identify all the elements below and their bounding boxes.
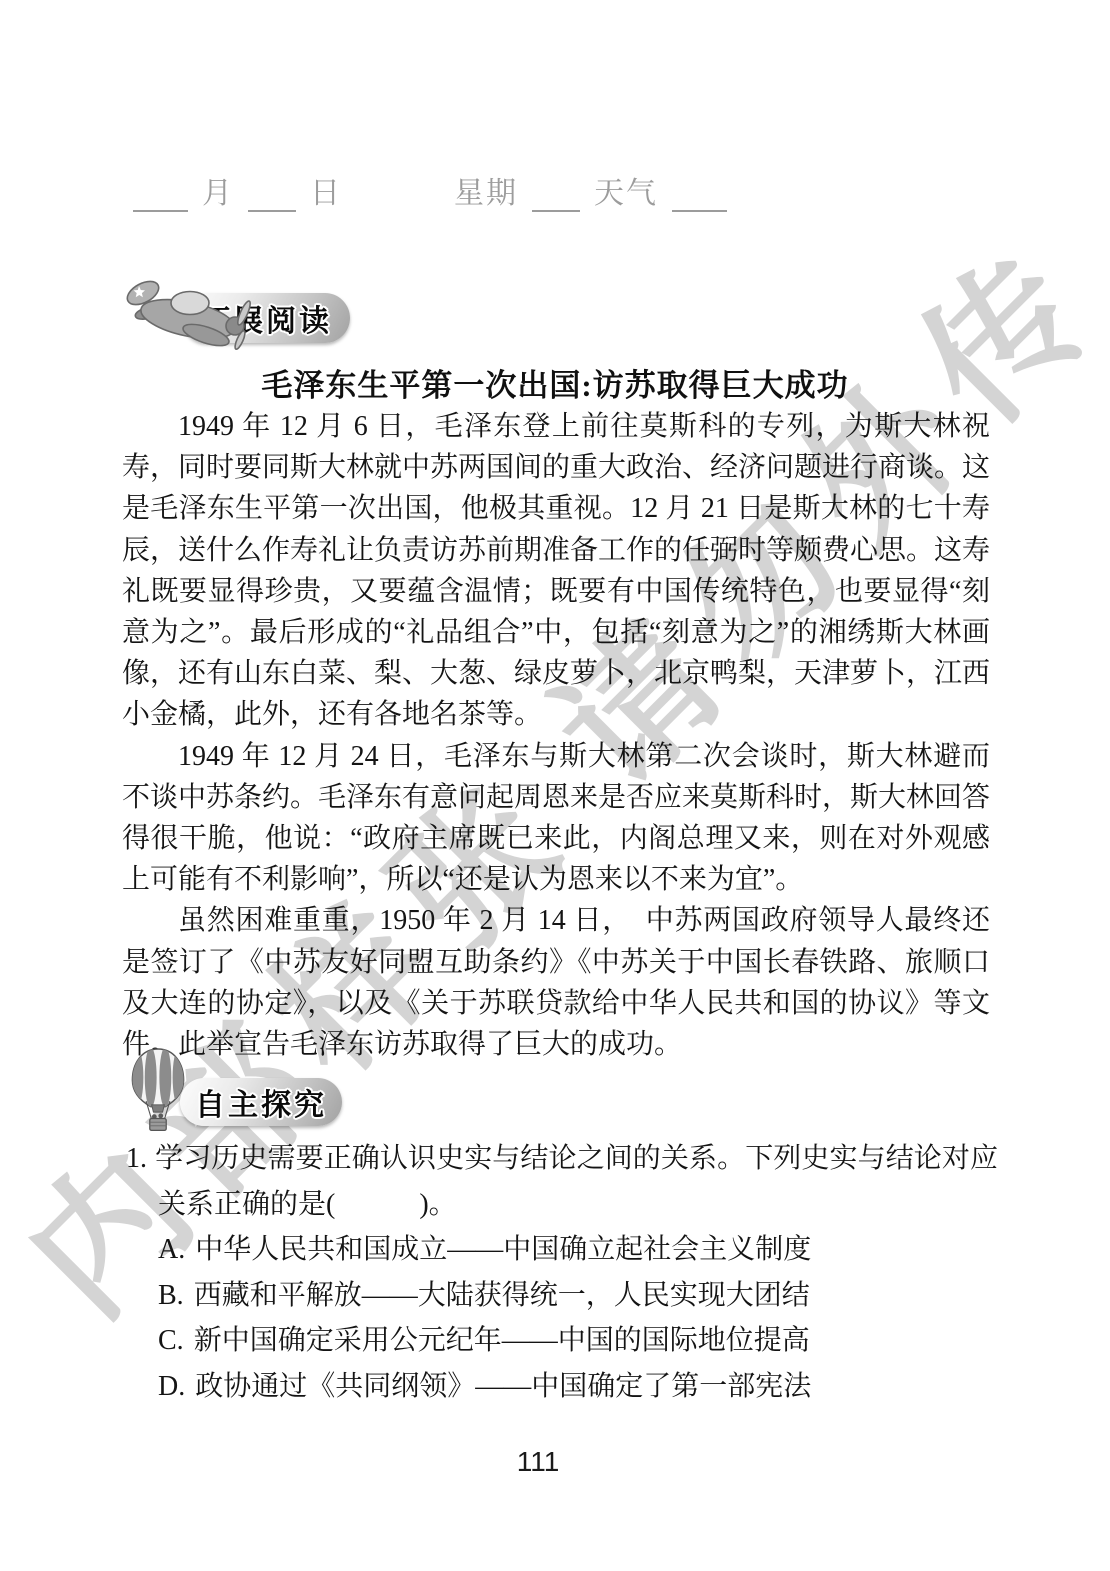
option-label: B. <box>158 1280 184 1311</box>
hot-air-balloon-icon <box>126 1042 190 1142</box>
option-text: 政协通过《共同纲领》——中国确定了第一部宪法 <box>195 1371 811 1402</box>
workbook-page: 内部样张 请勿外传 月 日 星期 天气 拓展阅读 <box>0 0 1110 1571</box>
question-1: 1.学习历史需要正确认识史实与结论之间的关系。下列史实与结论对应关系正确的是( … <box>122 1136 998 1227</box>
option-text: 中华人民共和国成立——中国确立起社会主义制度 <box>195 1234 811 1265</box>
explore-badge-pill: 自主探究 <box>180 1078 342 1126</box>
option-label: D. <box>158 1371 185 1402</box>
option-text: 西藏和平解放——大陆获得统一，人民实现大团结 <box>194 1280 810 1311</box>
article-paragraph: 1949 年 12 月 24 日，毛泽东与斯大林第二次会谈时，斯大林避而不谈中苏… <box>122 736 990 901</box>
option-label: C. <box>158 1325 184 1356</box>
week-blank-line <box>532 178 580 212</box>
article-paragraph: 虽然困难重重，1950 年 2 月 14 日， 中苏两国政府领导人最终还是签订了… <box>122 900 990 1065</box>
article-title: 毛泽东生平第一次出国:访苏取得巨大成功 <box>0 360 1110 405</box>
option-text: 新中国确定采用公元纪年——中国的国际地位提高 <box>194 1325 810 1356</box>
question-1-option-b: B.西藏和平解放——大陆获得统一，人民实现大团结 <box>158 1273 998 1319</box>
question-text: 学习历史需要正确认识史实与结论之间的关系。下列史实与结论对应关系正确的是( )。 <box>155 1143 998 1220</box>
question-1-option-a: A.中华人民共和国成立——中国确立起社会主义制度 <box>158 1227 998 1273</box>
option-label: A. <box>158 1234 185 1265</box>
date-header: 月 日 星期 天气 <box>133 168 983 212</box>
weather-label: 天气 <box>594 168 658 212</box>
question-1-option-c: C.新中国确定采用公元纪年——中国的国际地位提高 <box>158 1318 998 1364</box>
weather-blank-line <box>672 178 727 212</box>
explore-questions: 1.学习历史需要正确认识史实与结论之间的关系。下列史实与结论对应关系正确的是( … <box>122 1136 998 1409</box>
day-label: 日 <box>310 168 342 212</box>
page-number: 111 <box>0 1446 1076 1478</box>
month-blank-line <box>133 178 188 212</box>
article-paragraph: 1949 年 12 月 6 日，毛泽东登上前往莫斯科的专列，为斯大林祝寿，同时要… <box>122 406 990 736</box>
day-blank-line <box>248 178 296 212</box>
question-1-option-d: D.政协通过《共同纲领》——中国确定了第一部宪法 <box>158 1364 998 1410</box>
week-label: 星期 <box>454 168 518 212</box>
article-body: 1949 年 12 月 6 日，毛泽东登上前往莫斯科的专列，为斯大林祝寿，同时要… <box>122 406 990 1065</box>
month-label: 月 <box>202 168 234 212</box>
question-number: 1. <box>126 1143 147 1174</box>
airplane-icon <box>118 276 260 354</box>
explore-badge-label: 自主探究 <box>195 1080 327 1124</box>
